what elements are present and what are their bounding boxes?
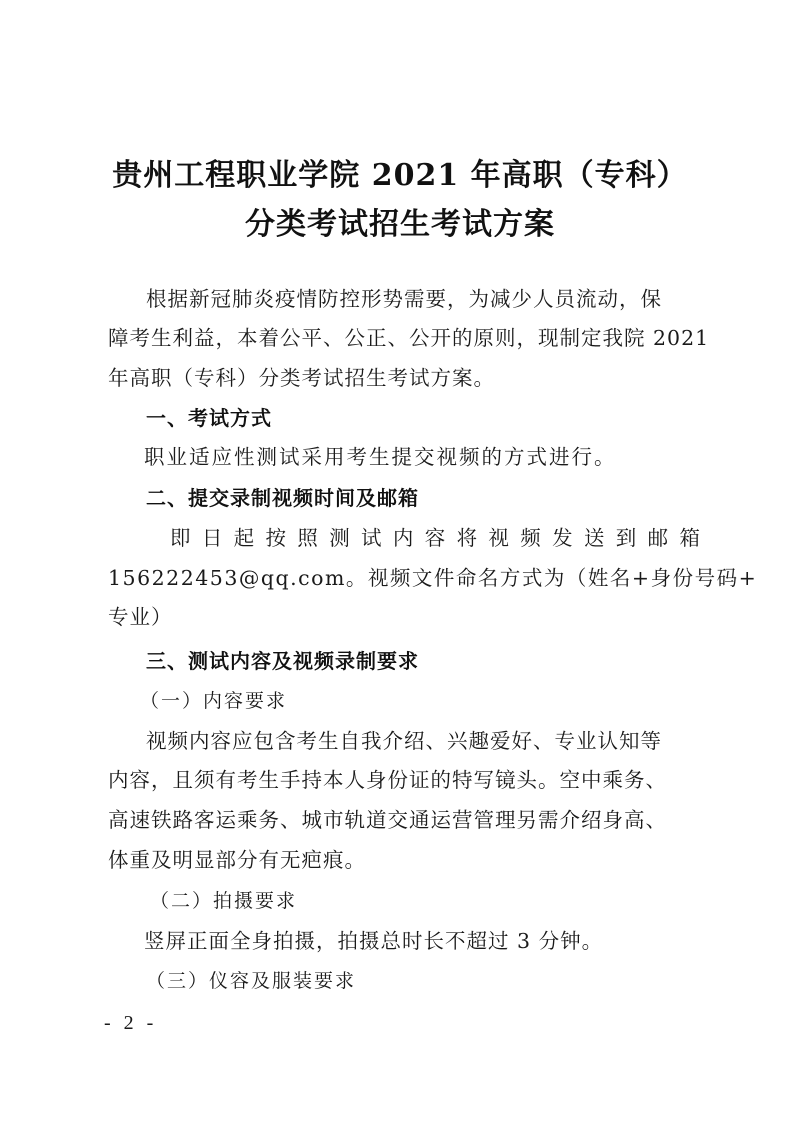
document-title-line-2: 分类考试招生考试方案 [0,199,800,243]
subsection-1-line-3: 高速铁路客运乘务、城市轨道交通运营管理另需介绍身高、 [108,806,704,834]
section-3-heading: 三、测试内容及视频录制要求 [146,647,742,675]
section-1-body: 职业适应性测试采用考生提交视频的方式进行。 [144,443,740,471]
subsection-1-line-4: 体重及明显部分有无疤痕。 [108,846,704,874]
subsection-1-line-2: 内容，且须有考生手持本人身份证的特写镜头。空中乘务、 [108,766,704,794]
intro-paragraph-line-3: 年高职（专科）分类考试招生考试方案。 [108,364,704,392]
section-1-heading: 一、考试方式 [146,404,742,432]
section-2-heading: 二、提交录制视频时间及邮箱 [146,484,742,512]
document-title-line-1: 贵州工程职业学院 2021 年高职（专科） [0,150,800,194]
page-number: - 2 - [104,1012,157,1035]
intro-paragraph-line-1: 根据新冠肺炎疫情防控形势需要，为减少人员流动，保 [146,285,742,313]
subsection-1-heading: （一）内容要求 [140,687,736,715]
section-2-line-1: 即日起按照测试内容将视频发送到邮箱 [170,524,700,552]
section-2-line-2-email: 156222453@qq.com。视频文件命名方式为（姓名+身份号码+ [108,564,704,592]
subsection-3-heading: （三）仪容及服装要求 [146,967,742,995]
section-2-line-3: 专业） [108,603,704,631]
subsection-2-heading: （二）拍摄要求 [150,887,746,915]
document-page: 贵州工程职业学院 2021 年高职（专科） 分类考试招生考试方案 根据新冠肺炎疫… [0,0,800,1131]
subsection-2-body: 竖屏正面全身拍摄，拍摄总时长不超过 3 分钟。 [144,927,740,955]
subsection-1-line-1: 视频内容应包含考生自我介绍、兴趣爱好、专业认知等 [146,727,742,755]
intro-paragraph-line-2: 障考生利益，本着公平、公正、公开的原则，现制定我院 2021 [108,324,704,352]
